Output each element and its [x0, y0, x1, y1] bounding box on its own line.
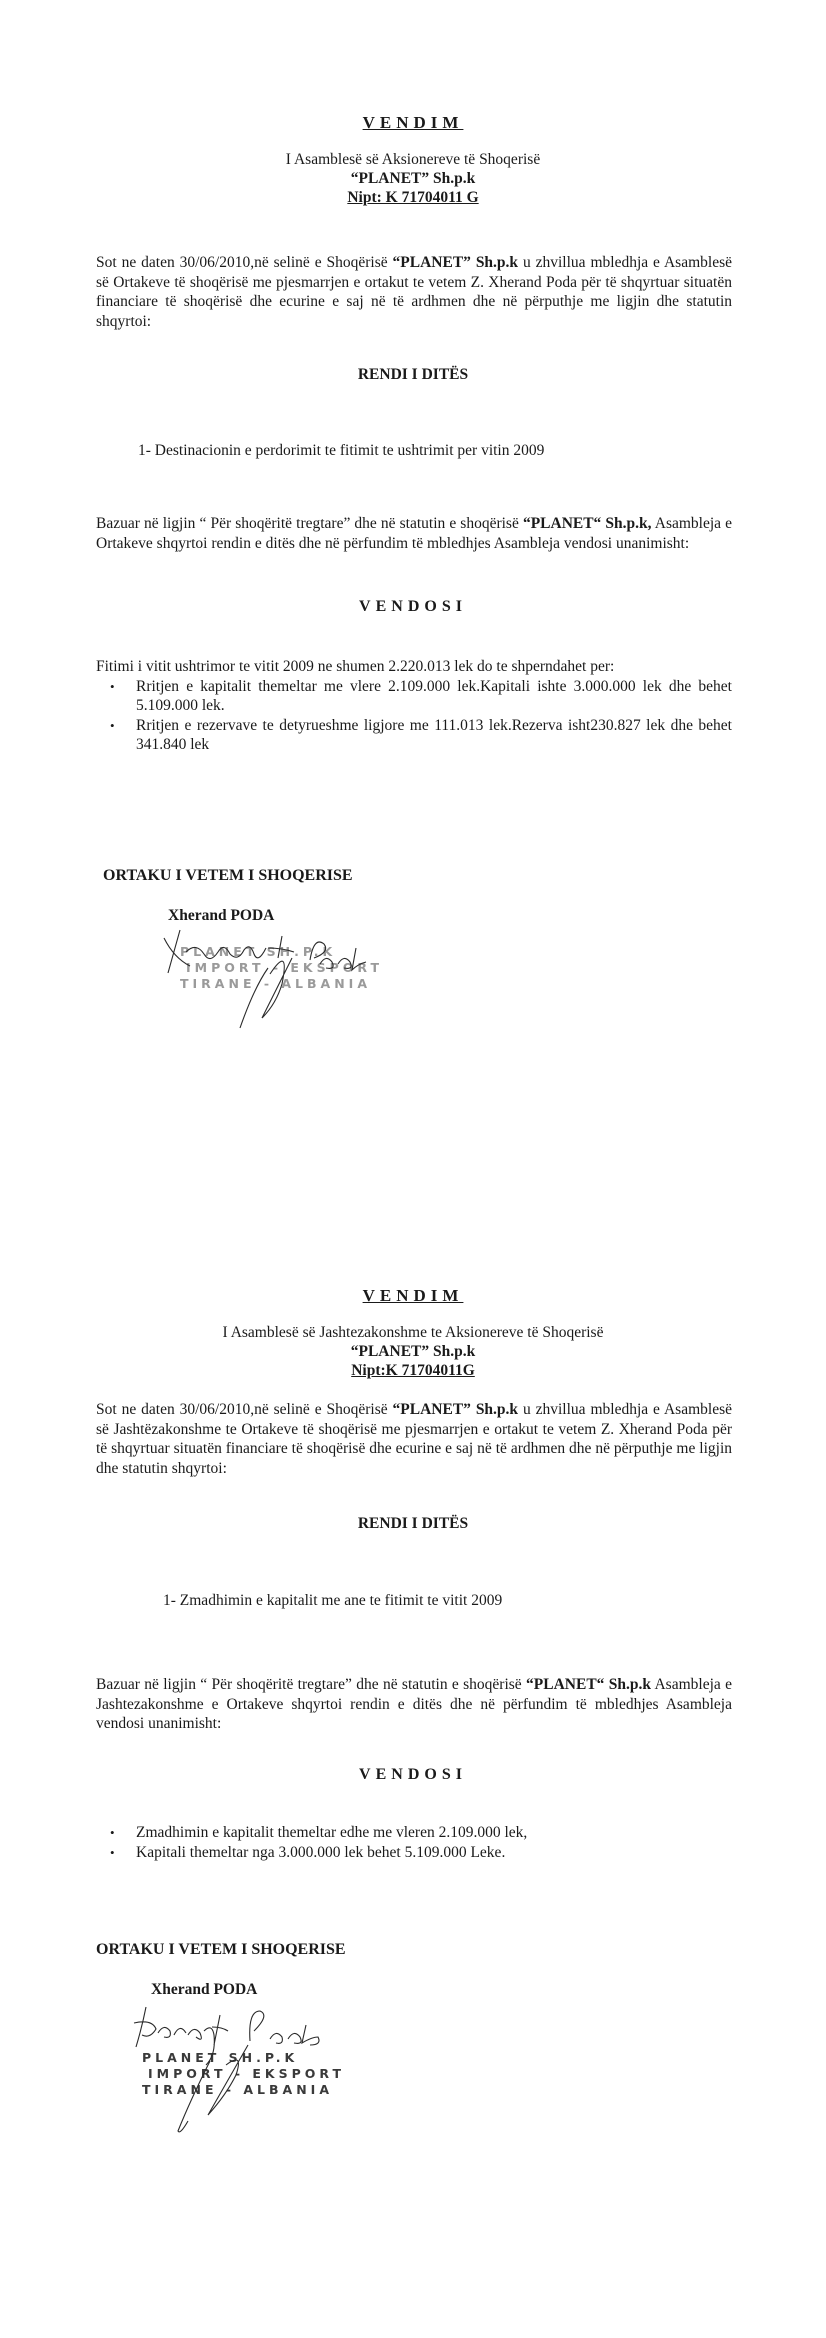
document-title: VENDIM: [0, 1286, 826, 1306]
intro-text: Sot ne daten 30/06/2010,në selinë e Shoq…: [96, 254, 393, 271]
basis-text: Bazuar në ligjin “ Për shoqëritë tregtar…: [96, 1676, 526, 1693]
decision-item: Rritjen e kapitalit themeltar me vlere 2…: [96, 677, 732, 716]
signatory-title: ORTAKU I VETEM I SHOQERISE: [96, 1941, 346, 1959]
company-name: “PLANET” Sh.p.k: [0, 169, 826, 188]
decision-list: Rritjen e kapitalit themeltar me vlere 2…: [96, 677, 732, 755]
decision-intro: Fitimi i vitit ushtrimor te vitit 2009 n…: [96, 657, 732, 677]
signatory-name: Xherand PODA: [168, 907, 274, 925]
document-title: VENDIM: [0, 113, 826, 133]
agenda-item: 1- Zmadhimin e kapitalit me ane te fitim…: [163, 1592, 502, 1610]
intro-company: “PLANET” Sh.p.k: [393, 254, 519, 271]
company-nipt: Nipt: K 71704011 G: [0, 188, 826, 207]
basis-company: “PLANET“ Sh.p.k: [526, 1676, 651, 1693]
basis-paragraph: Bazuar në ligjin “ Për shoqëritë tregtar…: [96, 514, 732, 553]
agenda-item: 1- Destinacionin e perdorimit te fitimit…: [138, 442, 544, 460]
intro-paragraph: Sot ne daten 30/06/2010,në selinë e Shoq…: [96, 253, 732, 331]
document-subtitle: I Asamblesë së Aksionereve të Shoqerisë: [0, 150, 826, 169]
intro-company: “PLANET” Sh.p.k: [393, 1401, 519, 1418]
signature-icon: [160, 928, 420, 1058]
decision-item: Zmadhimin e kapitalit themeltar edhe me …: [96, 1823, 732, 1843]
decision-list: Zmadhimin e kapitalit themeltar edhe me …: [96, 1823, 732, 1862]
company-name: “PLANET” Sh.p.k: [0, 1342, 826, 1361]
decision-heading: VENDOSI: [0, 598, 826, 616]
basis-paragraph: Bazuar në ligjin “ Për shoqëritë tregtar…: [96, 1675, 732, 1734]
signatory-title: ORTAKU I VETEM I SHOQERISE: [103, 867, 353, 885]
agenda-heading: RENDI I DITËS: [0, 1515, 826, 1533]
decision-heading: VENDOSI: [0, 1766, 826, 1784]
basis-text: Bazuar në ligjin “ Për shoqëritë tregtar…: [96, 515, 523, 532]
agenda-heading: RENDI I DITËS: [0, 366, 826, 384]
company-nipt: Nipt:K 71704011G: [0, 1361, 826, 1380]
decision-item: Kapitali themeltar nga 3.000.000 lek beh…: [96, 1843, 732, 1863]
signatory-name: Xherand PODA: [151, 1981, 257, 1999]
intro-paragraph: Sot ne daten 30/06/2010,në selinë e Shoq…: [96, 1400, 732, 1478]
document-subtitle: I Asamblesë së Jashtezakonshme te Aksion…: [0, 1323, 826, 1342]
decision-body: Zmadhimin e kapitalit themeltar edhe me …: [96, 1823, 732, 1862]
intro-text: Sot ne daten 30/06/2010,në selinë e Shoq…: [96, 1401, 393, 1418]
signature-icon: [130, 2005, 390, 2145]
decision-body: Fitimi i vitit ushtrimor te vitit 2009 n…: [96, 657, 732, 755]
basis-company: “PLANET“ Sh.p.k,: [523, 515, 652, 532]
decision-item: Rritjen e rezervave te detyrueshme ligjo…: [96, 716, 732, 755]
